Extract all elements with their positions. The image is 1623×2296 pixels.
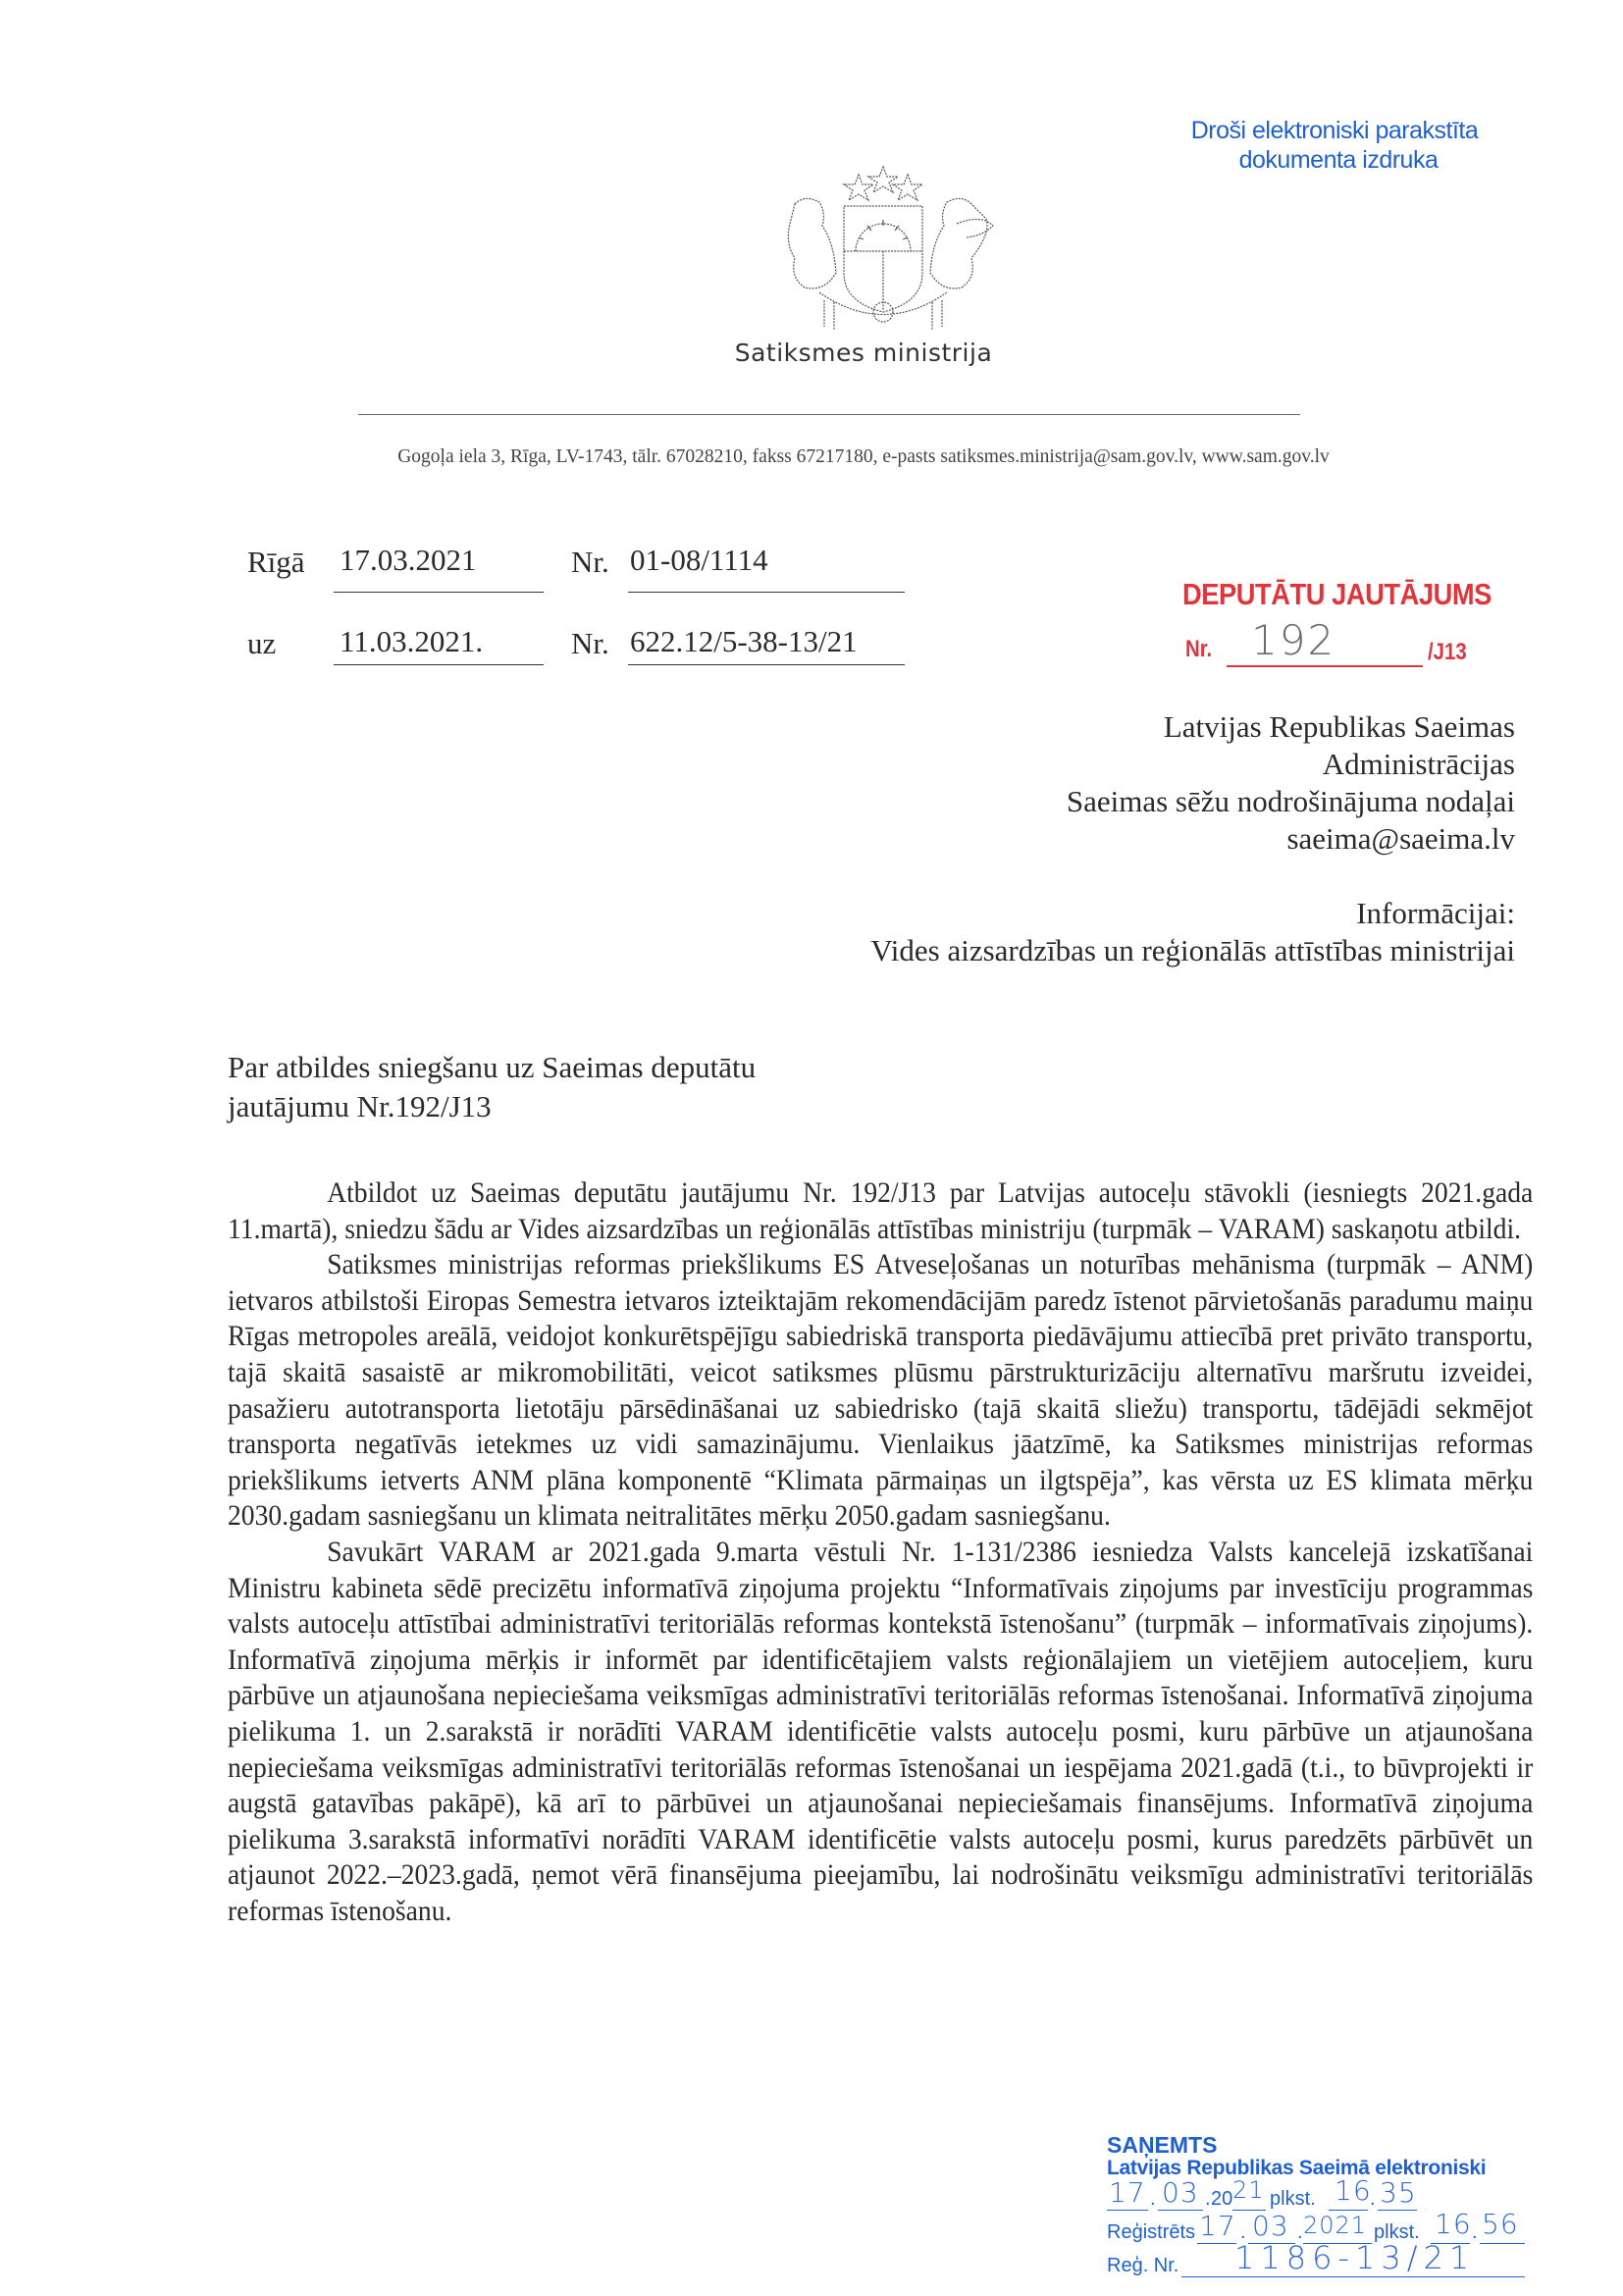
reg-nr-label: Reģ. Nr.	[1107, 2255, 1178, 2277]
received-time-label: plkst.	[1270, 2188, 1316, 2211]
reply-date: 11.03.2021.	[340, 624, 483, 659]
body-paragraph: Savukārt VARAM ar 2021.gada 9.marta vēst…	[228, 1535, 1533, 1930]
deputy-stamp-number: 192	[1251, 616, 1335, 664]
received-year-suffix: 21	[1232, 2176, 1265, 2204]
header-divider	[358, 414, 1300, 415]
date-underline	[334, 592, 544, 593]
reply-date-underline	[334, 664, 544, 665]
deputy-stamp-nr-label: Nr.	[1185, 636, 1212, 663]
e-signature-line1: Droši elektroniski parakstīta	[1128, 116, 1541, 145]
deputy-stamp-suffix: /J13	[1428, 639, 1467, 666]
e-signature-stamp: Droši elektroniski parakstīta dokumenta …	[1128, 116, 1541, 175]
registered-year: 2021	[1303, 2212, 1367, 2239]
received-hour: 16	[1335, 2174, 1372, 2207]
reply-number-underline	[628, 664, 905, 665]
recipient-email: saeima@saeima.lv	[1067, 820, 1515, 858]
received-day: 17	[1109, 2176, 1146, 2209]
registered-minute: 56	[1482, 2208, 1519, 2240]
subject-line2: jautājumu Nr.192/J13	[228, 1087, 915, 1126]
recipient-line: Latvijas Republikas Saeimas	[1067, 708, 1515, 746]
reply-number: 622.12/5-38-13/21	[630, 624, 858, 659]
received-stamp-title: SAŅEMTS	[1107, 2133, 1558, 2157]
reply-label: uz	[247, 626, 276, 661]
registration-number-row: Reģ. Nr. 1186-13/21	[1107, 2247, 1558, 2280]
ministry-address: Gogoļa iela 3, Rīga, LV-1743, tālr. 6702…	[294, 446, 1433, 468]
registered-label: Reģistrēts	[1107, 2221, 1195, 2244]
received-year-prefix: 20	[1211, 2188, 1232, 2211]
letter-subject: Par atbildes sniegšanu uz Saeimas deputā…	[228, 1048, 915, 1126]
registered-month: 03	[1252, 2210, 1289, 2242]
recipient-line: Saeimas sēžu nodrošinājuma nodaļai	[1067, 783, 1515, 820]
received-minute: 35	[1380, 2176, 1417, 2209]
e-signature-line2: dokumenta izdruka	[1128, 145, 1541, 175]
number-underline	[628, 592, 905, 593]
subject-line1: Par atbildes sniegšanu uz Saeimas deputā…	[228, 1048, 915, 1087]
recipient-block: Latvijas Republikas Saeimas Administrāci…	[1067, 708, 1515, 858]
ministry-name: Satiksmes ministrija	[589, 339, 1138, 367]
registered-day: 17	[1199, 2210, 1236, 2242]
letter-body: Atbildot uz Saeimas deputātu jautājumu N…	[228, 1175, 1429, 1929]
latvia-coat-of-arms-icon	[765, 165, 1001, 334]
recipient-line: Administrācijas	[1067, 746, 1515, 783]
document-number: 01-08/1114	[630, 543, 768, 578]
body-paragraph: Atbildot uz Saeimas deputātu jautājumu N…	[228, 1175, 1533, 1247]
info-label: Informācijai:	[870, 895, 1515, 932]
nr-label: Nr.	[571, 545, 609, 580]
reply-nr-label: Nr.	[571, 626, 609, 661]
info-recipient: Vides aizsardzības un reģionālās attīstī…	[870, 932, 1515, 969]
deputy-question-stamp-title: DEPUTĀTU JAUTĀJUMS	[1182, 577, 1492, 612]
reg-nr-value: 1186-13/21	[1234, 2239, 1475, 2276]
document-date: 17.03.2021	[340, 543, 477, 578]
place-label: Rīgā	[247, 545, 305, 580]
deputy-stamp-underline	[1227, 665, 1423, 667]
received-stamp: SAŅEMTS Latvijas Republikas Saeimā elekt…	[1107, 2133, 1558, 2280]
body-paragraph: Satiksmes ministrijas reformas priekšlik…	[228, 1247, 1533, 1535]
registered-hour: 16	[1435, 2208, 1472, 2240]
info-recipient-block: Informācijai: Vides aizsardzības un reģi…	[870, 895, 1515, 969]
received-month: 03	[1162, 2176, 1199, 2209]
